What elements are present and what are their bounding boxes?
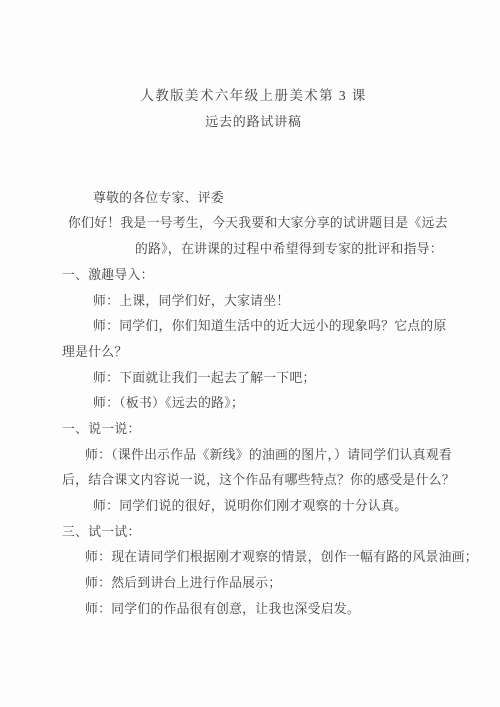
doc-line-teacher-2b: 理是什么？ — [62, 340, 445, 366]
document-page: 人教版美术六年级上册美术第 3 课 远去的路试讲稿 尊敬的各位专家、评委 你们好… — [0, 0, 500, 707]
document-title: 人教版美术六年级上册美术第 3 课 — [62, 83, 445, 109]
doc-line-teacher-6: 师：同学们说的很好，说明你们刚才观察的十分认真。 — [62, 494, 445, 520]
doc-line-teacher-5a: 师：（课件出示作品《新线》的油画的图片，）请同学们认真观看 — [62, 443, 445, 469]
doc-line-section-3-heading: 三、试一试： — [62, 520, 445, 546]
document-body: 尊敬的各位专家、评委 你们好！我是一号考生，今天我要和大家分享的试讲题目是《远去… — [62, 186, 445, 623]
doc-line-teacher-8: 师：然后到讲台上进行作品展示； — [62, 571, 445, 597]
doc-line-greeting: 尊敬的各位专家、评委 — [62, 186, 445, 212]
title-body-spacer — [62, 134, 445, 185]
doc-line-section-2-heading: 一、说一说： — [62, 417, 445, 443]
doc-line-intro-1: 你们好！我是一号考生，今天我要和大家分享的试讲题目是《远去 — [62, 211, 445, 237]
doc-line-teacher-1: 师：上课，同学们好，大家请坐！ — [62, 289, 445, 315]
doc-line-teacher-3: 师：下面就让我们一起去了解一下吧； — [62, 366, 445, 392]
doc-line-teacher-4: 师：（板书）《远去的路》； — [62, 391, 445, 417]
doc-line-teacher-2a: 师：同学们，你们知道生活中的近大远小的现象吗？它点的原 — [62, 314, 445, 340]
doc-line-section-1-heading: 一、激趣导入： — [62, 263, 445, 289]
doc-line-teacher-9: 师：同学们的作品很有创意，让我也深受启发。 — [62, 597, 445, 623]
doc-line-teacher-5b: 后，结合课文内容说一说，这个作品有哪些特点？你的感受是什么？ — [62, 468, 445, 494]
doc-line-intro-2: 的路》，在讲课的过程中希望得到专家的批评和指导： — [62, 237, 445, 263]
document-content: 人教版美术六年级上册美术第 3 课 远去的路试讲稿 尊敬的各位专家、评委 你们好… — [62, 83, 445, 622]
document-subtitle: 远去的路试讲稿 — [62, 109, 445, 135]
doc-line-teacher-7: 师：现在请同学们根据刚才观察的情景，创作一幅有路的风景油画； — [62, 545, 445, 571]
